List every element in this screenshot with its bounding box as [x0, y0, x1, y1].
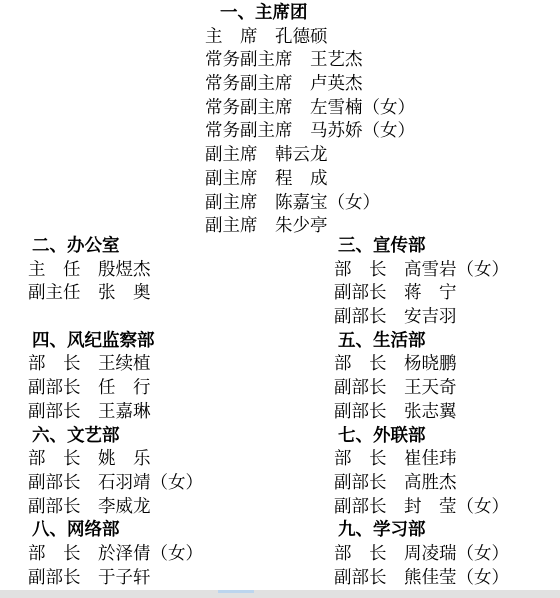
member-line: 部 长 於泽倩（女） — [28, 542, 203, 566]
member-line: 部 长 杨晓鹏 — [334, 352, 509, 376]
member-line: 部 长 王续植 — [28, 352, 203, 376]
presidium-title: 一、主席团 — [205, 1, 415, 25]
member-line: 主 席 孔德硕 — [205, 25, 415, 49]
member-line: 副主任 张 奥 — [28, 281, 203, 305]
network-title: 八、网络部 — [28, 518, 203, 542]
member-line: 部 长 姚 乐 — [28, 447, 203, 471]
member-line: 副部长 王嘉琳 — [28, 400, 203, 424]
life-title: 五、生活部 — [334, 329, 509, 353]
liaison-title: 七、外联部 — [334, 424, 509, 448]
right-column: 三、宣传部 部 长 高雪岩（女） 副部长 蒋 宁 副部长 安吉羽 五、生活部 部… — [334, 234, 509, 589]
member-line: 副部长 安吉羽 — [334, 305, 509, 329]
member-line: 副部长 封 莹（女） — [334, 495, 509, 519]
member-line: 副部长 蒋 宁 — [334, 281, 509, 305]
member-line: 常务副主席 马苏娇（女） — [205, 119, 415, 143]
member-line: 部 长 高雪岩（女） — [334, 258, 509, 282]
member-line: 副部长 石羽靖（女） — [28, 471, 203, 495]
member-line: 副部长 王天奇 — [334, 376, 509, 400]
blank-line — [28, 305, 203, 329]
member-line: 副主席 陈嘉宝（女） — [205, 191, 415, 215]
scrollbar-thumb[interactable] — [218, 590, 254, 593]
member-line: 副部长 于子轩 — [28, 566, 203, 590]
left-column: 二、办公室 主 任 殷煜杰 副主任 张 奥 四、风纪监察部 部 长 王续植 副部… — [28, 234, 203, 589]
member-line: 常务副主席 王艺杰 — [205, 48, 415, 72]
member-line: 副主席 韩云龙 — [205, 143, 415, 167]
study-title: 九、学习部 — [334, 518, 509, 542]
member-line: 副部长 李威龙 — [28, 495, 203, 519]
publicity-title: 三、宣传部 — [334, 234, 509, 258]
member-line: 副部长 张志翼 — [334, 400, 509, 424]
member-line: 常务副主席 卢英杰 — [205, 72, 415, 96]
member-line: 部 长 崔佳玮 — [334, 447, 509, 471]
member-line: 副部长 任 行 — [28, 376, 203, 400]
horizontal-scrollbar[interactable] — [0, 590, 560, 598]
section-presidium: 一、主席团 主 席 孔德硕 常务副主席 王艺杰 常务副主席 卢英杰 常务副主席 … — [205, 1, 415, 238]
member-line: 副部长 熊佳莹（女） — [334, 566, 509, 590]
member-line: 主 任 殷煜杰 — [28, 258, 203, 282]
arts-title: 六、文艺部 — [28, 424, 203, 448]
office-title: 二、办公室 — [28, 234, 203, 258]
discipline-title: 四、风纪监察部 — [28, 329, 203, 353]
member-line: 副部长 高胜杰 — [334, 471, 509, 495]
member-line: 部 长 周凌瑞（女） — [334, 542, 509, 566]
member-line: 副主席 程 成 — [205, 167, 415, 191]
member-line: 常务副主席 左雪楠（女） — [205, 96, 415, 120]
